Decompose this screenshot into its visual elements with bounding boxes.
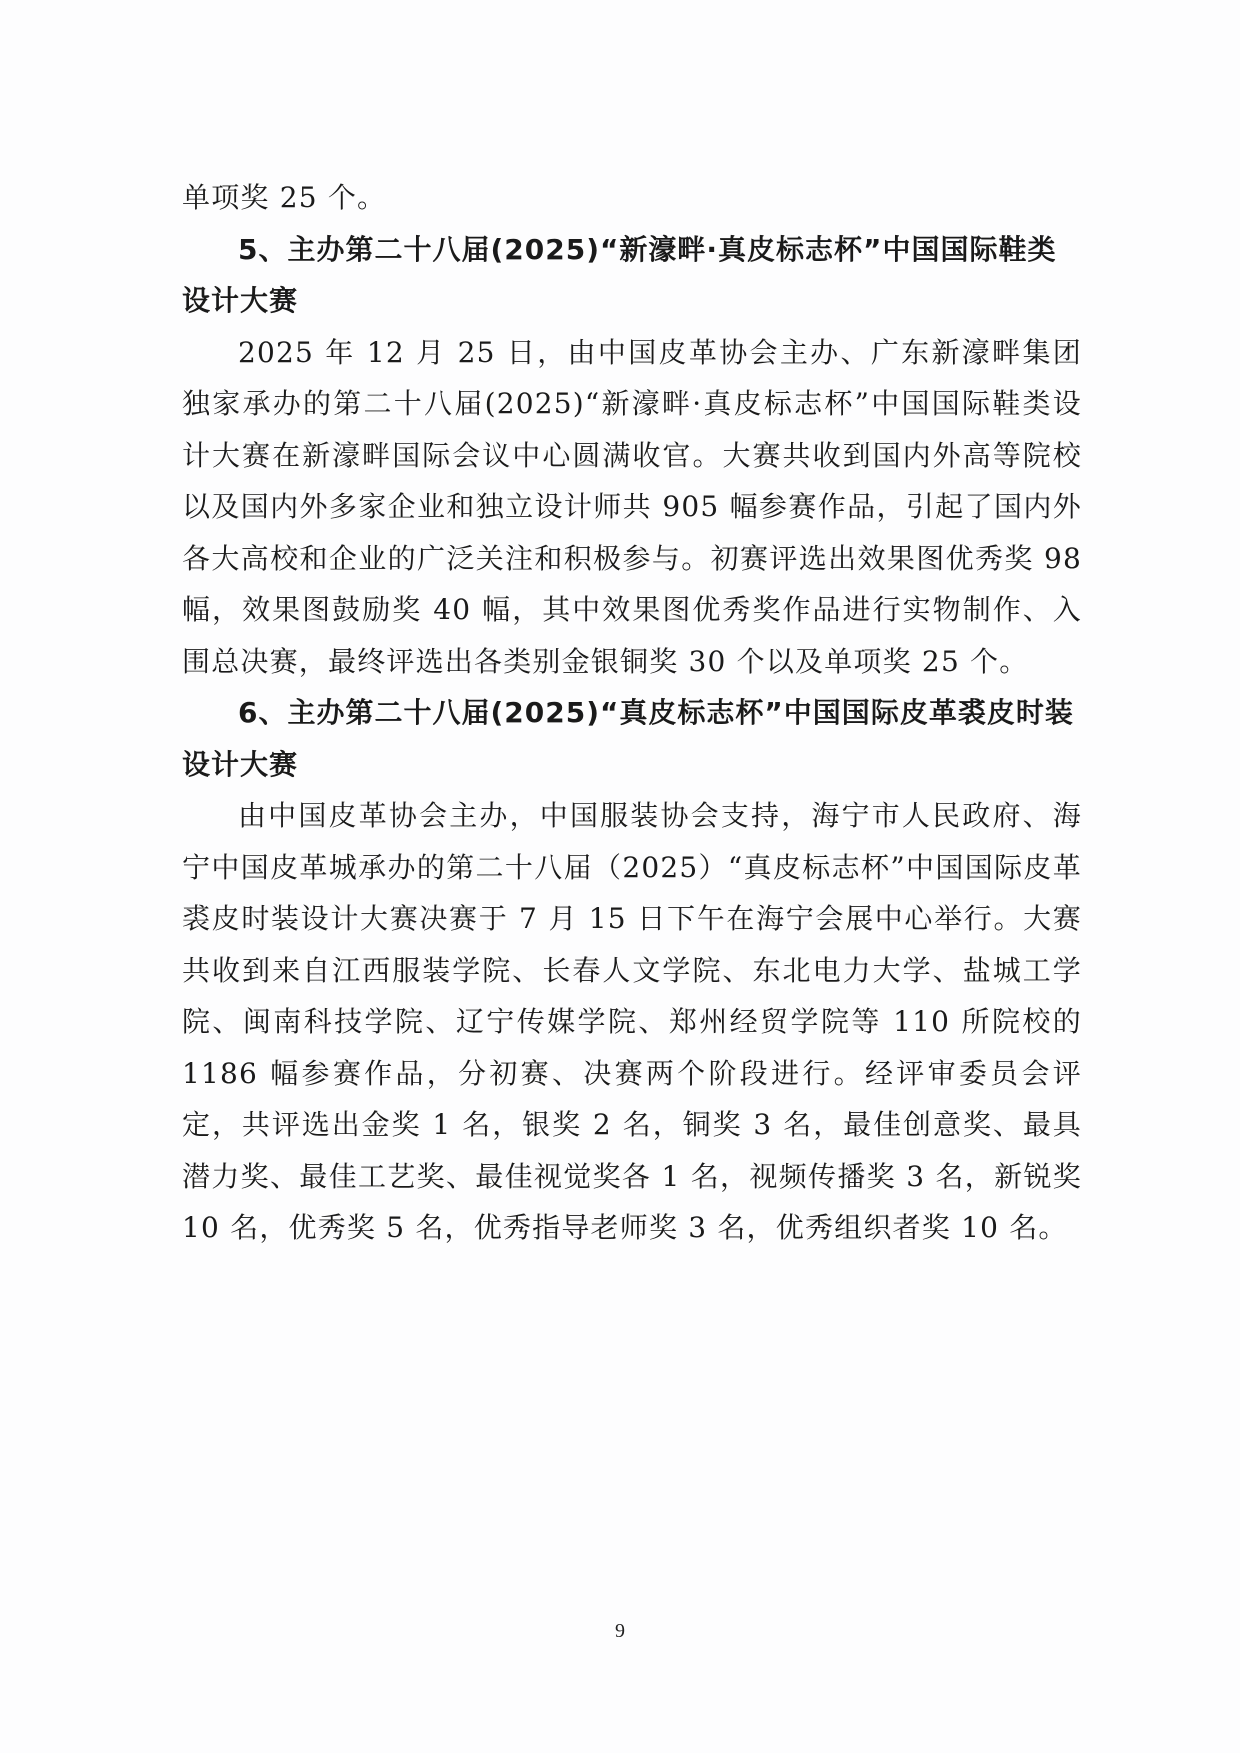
section-heading-5: 5、主办第二十八届(2025)“新濠畔·真皮标志杯”中国国际鞋类设计大赛 <box>182 224 1082 327</box>
section-heading-6: 6、主办第二十八届(2025)“真皮标志杯”中国国际皮革裘皮时装设计大赛 <box>182 687 1082 790</box>
page-number: 9 <box>0 1620 1240 1643</box>
continuation-text: 单项奖 25 个。 <box>182 172 1082 224</box>
section-body-5: 2025 年 12 月 25 日，由中国皮革协会主办、广东新濠畔集团独家承办的第… <box>182 327 1082 688</box>
section-body-6: 由中国皮革协会主办，中国服装协会支持，海宁市人民政府、海宁中国皮革城承办的第二十… <box>182 790 1082 1254</box>
document-page: 单项奖 25 个。 5、主办第二十八届(2025)“新濠畔·真皮标志杯”中国国际… <box>182 172 1082 1254</box>
